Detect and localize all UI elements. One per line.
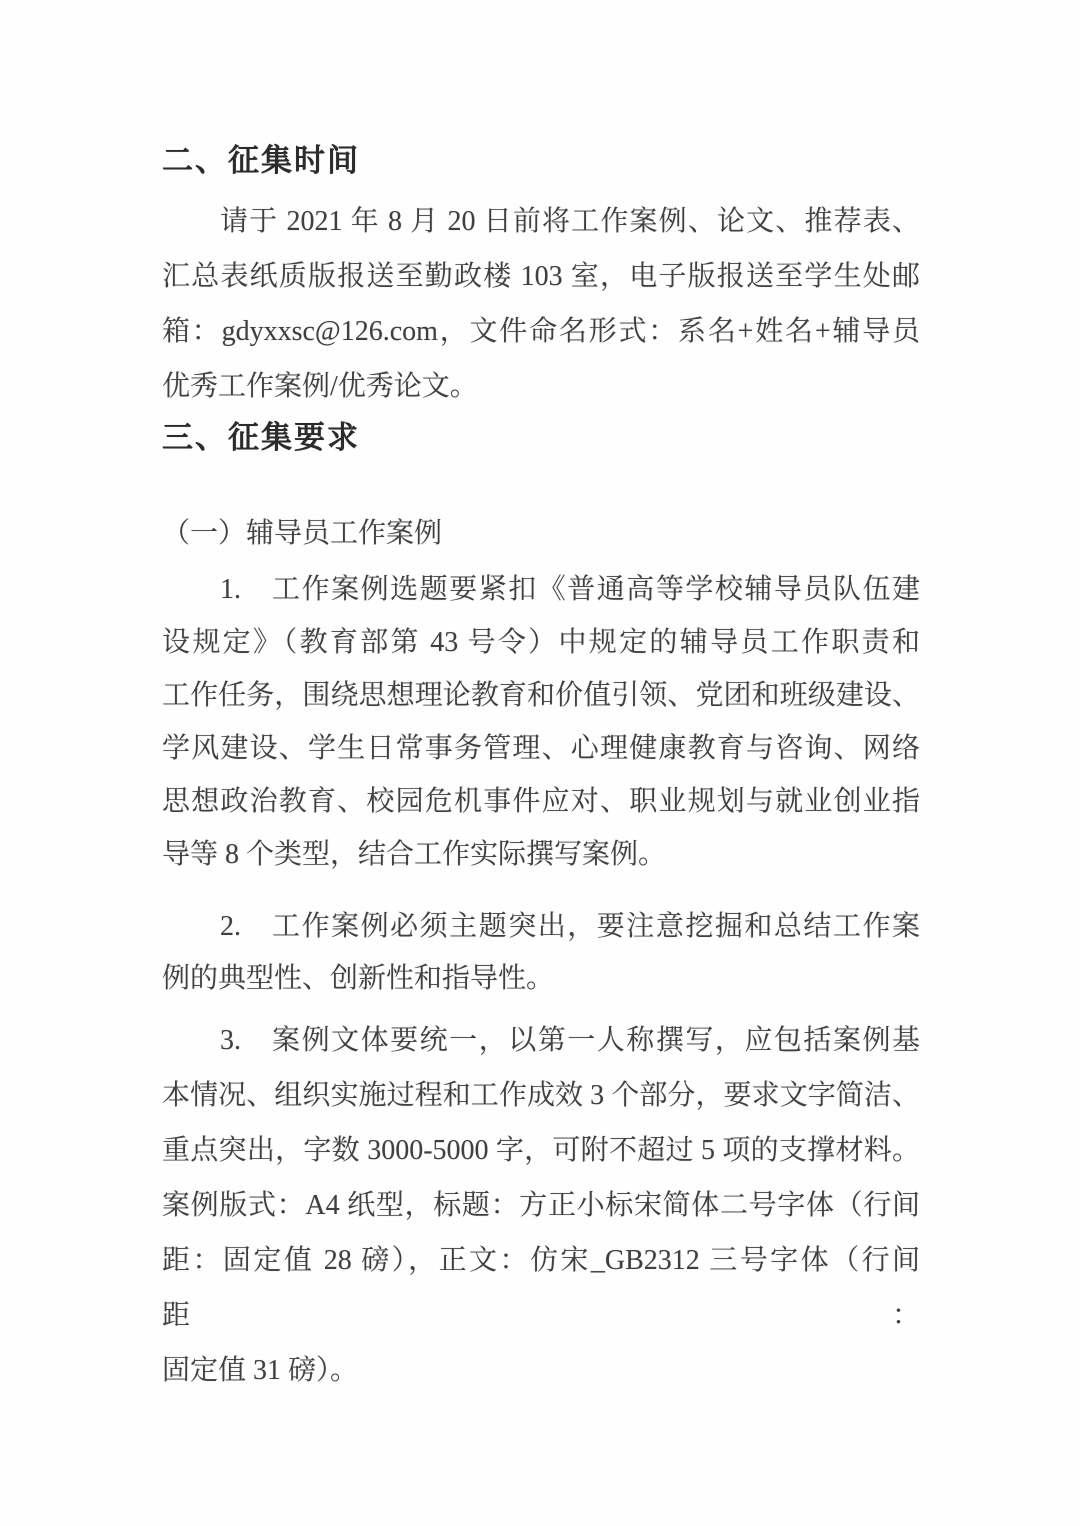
paragraph-deadline: 请于 2021 年 8 月 20 日前将工作案例、论文、推荐表、 汇总表纸质版报…	[162, 194, 920, 414]
text-line: 导等 8 个类型，结合工作实际撰写案例。	[162, 828, 920, 881]
text-line: 学风建设、学生日常事务管理、心理健康教育与咨询、网络	[162, 722, 920, 775]
text-line: 汇总表纸质版报送至勤政楼 103 室，电子版报送至学生处邮	[162, 249, 920, 304]
text-line: 1. 工作案例选题要紧扣《普通高等学校辅导员队伍建	[162, 563, 920, 616]
text-line: 思想政治教育、校园危机事件应对、职业规划与就业创业指	[162, 775, 920, 828]
text-line: （一）辅导员工作案例	[162, 506, 920, 561]
text-line: 例的典型性、创新性和指导性。	[162, 953, 920, 1005]
text-line: 距：固定值 28 磅），正文：仿宋_GB2312 三号字体（行间距：	[162, 1233, 920, 1343]
text-line: 固定值 31 磅）。	[162, 1343, 920, 1398]
text-line: 箱：gdyxxsc@126.com，文件命名形式：系名+姓名+辅导员	[162, 304, 920, 359]
paragraph-item-2: 2. 工作案例必须主题突出，要注意挖掘和总结工作案 例的典型性、创新性和指导性。	[162, 901, 920, 1005]
paragraph-item-3: 3. 案例文体要统一，以第一人称撰写，应包括案例基 本情况、组织实施过程和工作成…	[162, 1013, 920, 1398]
text-line: 本情况、组织实施过程和工作成效 3 个部分，要求文字简洁、	[162, 1068, 920, 1123]
text-line: 2. 工作案例必须主题突出，要注意挖掘和总结工作案	[162, 901, 920, 953]
text-line: 设规定》（教育部第 43 号令）中规定的辅导员工作职责和	[162, 616, 920, 669]
text-line: 工作任务，围绕思想理论教育和价值引领、党团和班级建设、	[162, 669, 920, 722]
text-line: 3. 案例文体要统一，以第一人称撰写，应包括案例基	[162, 1013, 920, 1068]
paragraph-item-1: 1. 工作案例选题要紧扣《普通高等学校辅导员队伍建 设规定》（教育部第 43 号…	[162, 563, 920, 881]
text-line: 案例版式：A4 纸型，标题：方正小标宋简体二号字体（行间	[162, 1178, 920, 1233]
section-heading-collection-time: 二、征集时间	[162, 140, 920, 182]
text-line: 请于 2021 年 8 月 20 日前将工作案例、论文、推荐表、	[162, 194, 920, 249]
document-page: 二、征集时间 请于 2021 年 8 月 20 日前将工作案例、论文、推荐表、 …	[0, 0, 1080, 1526]
section-heading-requirements: 三、征集要求	[162, 417, 920, 459]
text-line: 优秀工作案例/优秀论文。	[162, 359, 920, 414]
text-line: 重点突出，字数 3000-5000 字，可附不超过 5 项的支撑材料。	[162, 1123, 920, 1178]
subheading-counselor-case: （一）辅导员工作案例	[162, 506, 920, 561]
